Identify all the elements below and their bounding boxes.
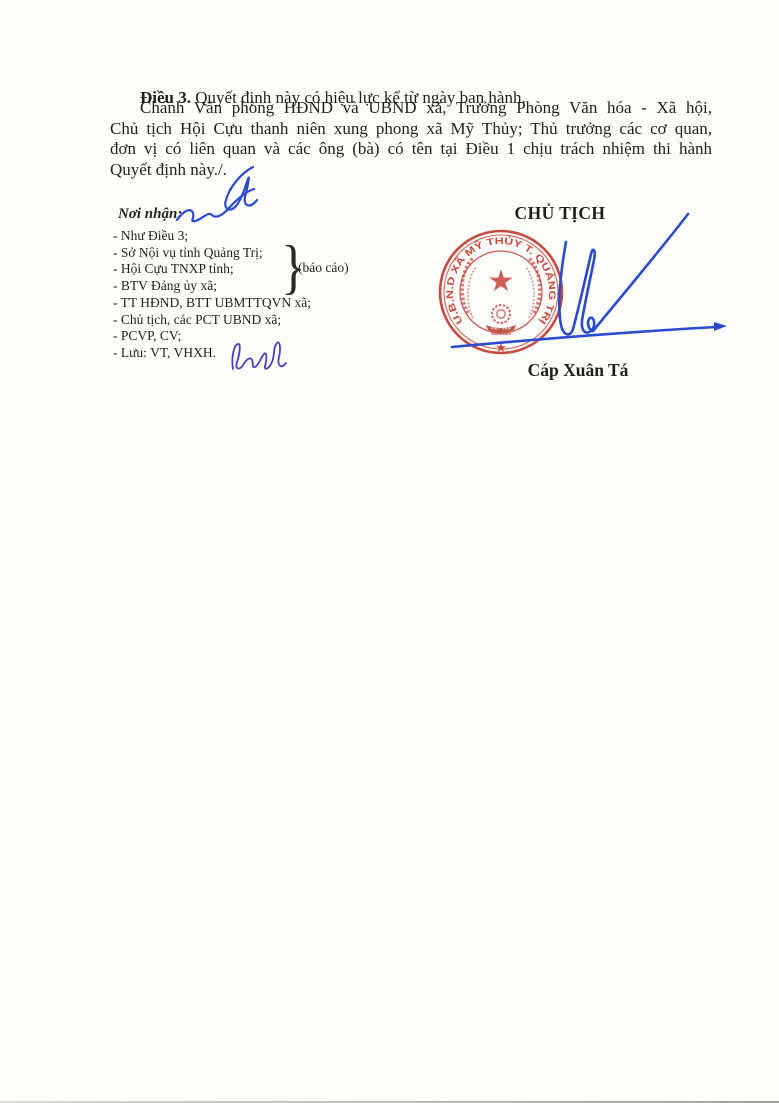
signer-title: CHỦ TỊCH (460, 203, 660, 224)
body-line: đơn vị có liên quan và các ông (bà) có t… (110, 139, 712, 160)
recipient-item: - Lưu: VT, VHXH. (113, 345, 373, 362)
body-line: Chánh Văn phòng HĐND và UBND xã, Trưởng … (110, 98, 712, 119)
document-page: Điều 3. Quyết định này có hiệu lực kể từ… (0, 0, 779, 1103)
recipient-item: - BTV Đảng ủy xã; (113, 278, 373, 295)
recipient-item: - Chủ tịch, các PCT UBND xã; (113, 312, 373, 329)
recipients-list: - Như Điều 3; - Sở Nội vụ tỉnh Quảng Trị… (113, 228, 373, 362)
national-emblem-icon: ★ VIỆT NAM (462, 258, 540, 334)
seal-ring-text: U.B.N.D XÃ MỸ THỦY T. QUẢNG TRỊ (445, 235, 557, 326)
recipient-item: - Như Điều 3; (113, 228, 373, 245)
seal-bottom-star-icon: ★ (495, 340, 507, 355)
body-line: Quyết định này./. (110, 160, 712, 181)
recipients-label: Nơi nhận: (118, 206, 373, 223)
emblem-star-icon: ★ (488, 265, 515, 298)
recipient-item: - PCVP, CV; (113, 328, 373, 345)
signature-ink (452, 214, 727, 347)
implementation-paragraph: Chánh Văn phòng HĐND và UBND xã, Trưởng … (110, 98, 712, 180)
body-line: Chủ tịch Hội Cựu thanh niên xung phong x… (110, 119, 712, 140)
recipient-item: - Sở Nội vụ tỉnh Quảng Trị; (113, 245, 373, 262)
recipient-item: - TT HĐND, BTT UBMTTQVN xã; (113, 295, 373, 312)
recipients-brace-note: (báo cáo) (298, 260, 349, 276)
signer-name: Cáp Xuân Tá (478, 360, 678, 381)
official-seal-icon: U.B.N.D XÃ MỸ THỦY T. QUẢNG TRỊ ★ ★ VIỆT… (440, 231, 562, 355)
recipients-block: Nơi nhận: - Như Điều 3; - Sở Nội vụ tỉnh… (113, 206, 373, 362)
seal-banner-text: VIỆT NAM (491, 326, 512, 331)
